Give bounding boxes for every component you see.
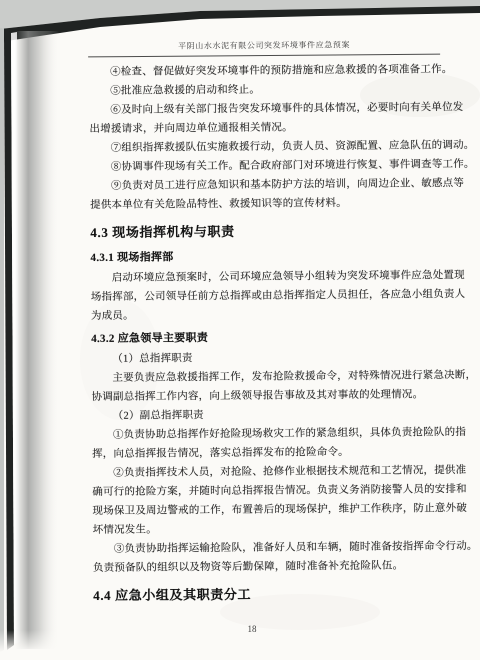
- text-line: ⑨负责对员工进行应急知识和基本防护方法的培训，向周边企业、敏感点等: [90, 174, 458, 196]
- text-line: 4.3 现场指挥机构与职责: [90, 219, 458, 243]
- paragraph: 启动环境应急预案时，公司环境应急领导小组转为突发环境事件应急处置现场指挥部，公司…: [91, 266, 459, 326]
- section-heading: 4.4 应急小组及其职责分工: [93, 582, 461, 606]
- section-heading: 4.3 现场指挥机构与职责: [90, 219, 458, 243]
- paragraph: ②负责指挥技术人员，对抢险、抢修作业根据技术规范和工艺情况，提供准确可行的抢险方…: [92, 461, 461, 540]
- text-line: ①负责协助总指挥作好抢险现场救灾工作的紧急组织，具体负责抢险队的指: [92, 423, 460, 445]
- text-line: ⑥及时向上级有关部门报告突发环境事件的具体情况，必要时向有关单位发: [89, 98, 457, 120]
- paragraph: ⑨负责对员工进行应急知识和基本防护方法的培训，向周边企业、敏感点等提供本单位有关…: [90, 174, 458, 215]
- text-line: 协调副总指挥工作内容，向上级领导报告事故及其对事故的处理情况。: [92, 385, 460, 407]
- paragraph: ⑥及时向上级有关部门报告突发环境事件的具体情况，必要时向有关单位发出增援请求，并…: [89, 98, 457, 139]
- page-number: 18: [238, 624, 266, 634]
- text-line: 4.4 应急小组及其职责分工: [93, 582, 461, 606]
- section-heading: 4.3.2 应急领导主要职责: [91, 326, 459, 349]
- paragraph: 主要负责应急救援指挥工作，发布抢险救援命令，对特殊情况进行紧急决断，协调副总指挥…: [91, 366, 459, 407]
- document-body: ④检查、督促做好突发环境事件的预防措施和应急救援的各项准备工作。⑤批准应急救援的…: [89, 60, 461, 611]
- text-line: 提供本单位有关危险品特性、救援知识等的宣传材料。: [90, 193, 458, 215]
- paragraph: ①负责协助总指挥作好抢险现场救灾工作的紧急组织，具体负责抢险队的指挥，向总指挥报…: [92, 423, 460, 464]
- scanned-document-page: 平阴山水水泥有限公司突发环境事件应急预案 ④检查、督促做好突发环境事件的预防措施…: [0, 0, 480, 660]
- document-header-title: 平阴山水水泥有限公司突发环境事件应急预案: [88, 39, 440, 58]
- paragraph: ③负责协助指挥运输抢险队，准备好人员和车辆，随时准备按指挥命令行动。负责预备队的…: [93, 537, 461, 578]
- paragraph: ④检查、督促做好突发环境事件的预防措施和应急救援的各项准备工作。: [89, 60, 457, 82]
- text-line: 4.3.2 应急领导主要职责: [91, 326, 459, 349]
- text-line: 4.3.1 现场指挥部: [90, 245, 458, 268]
- text-line: 为成员。: [91, 304, 459, 326]
- text-line: ③负责协助指挥运输抢险队，准备好人员和车辆，随时准备按指挥命令行动。: [93, 537, 461, 559]
- text-line: 场指挥部，公司领导任前方总指挥或由总指挥指定人员担任，各应急小组负责人: [91, 285, 459, 307]
- text-line: ④检查、督促做好突发环境事件的预防措施和应急救援的各项准备工作。: [89, 60, 457, 82]
- text-line: 负责预备队的组织以及物资等后勤保障，随时准备补充抢险队伍。: [93, 556, 461, 578]
- section-heading: 4.3.1 现场指挥部: [90, 245, 458, 268]
- text-line: 现场保卫及周边警戒的工作，布置善后的现场保护，维护工作秩序，防止意外破: [92, 499, 460, 521]
